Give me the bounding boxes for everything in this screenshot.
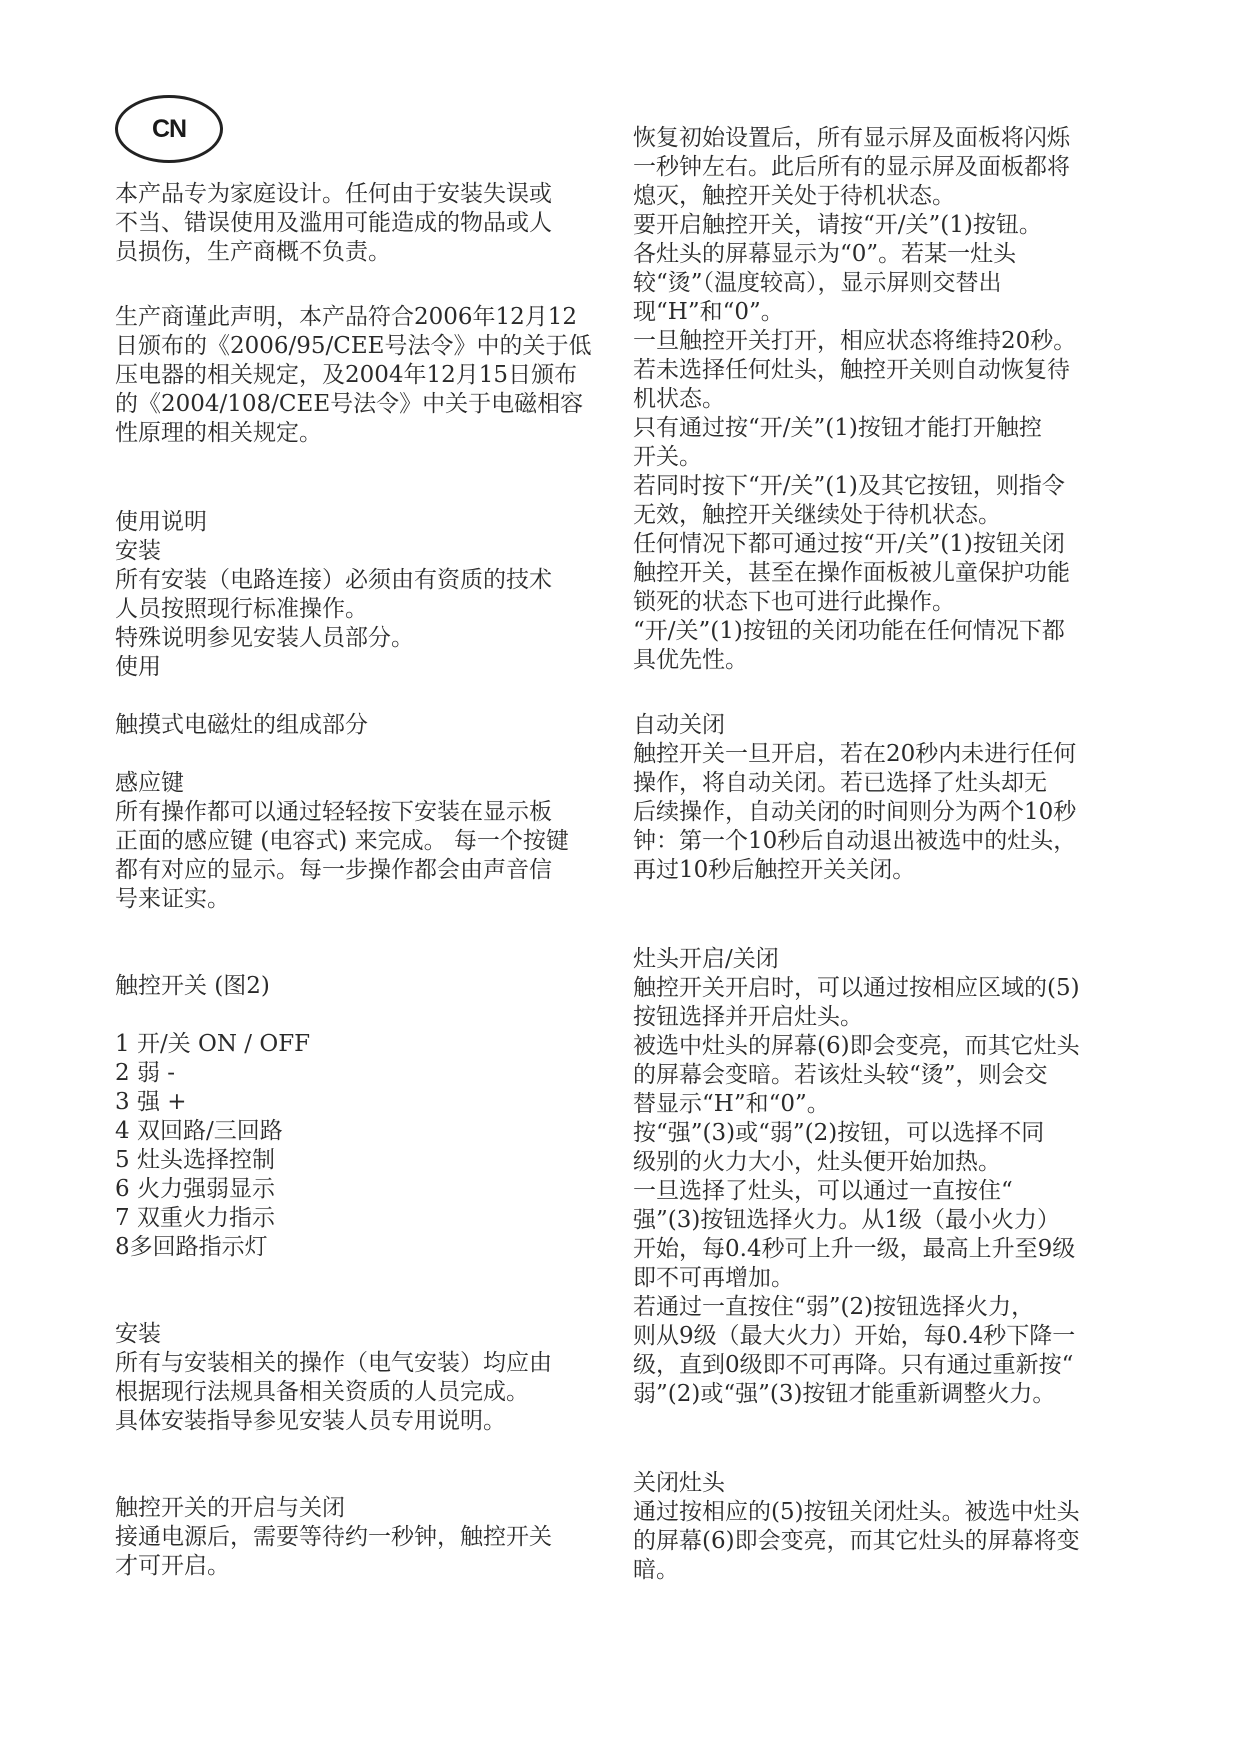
text-line: 号来证实。 bbox=[115, 885, 605, 914]
right-column: 恢复初始设置后，所有显示屏及面板将闪烁 一秒钟左右。此后所有的显示屏及面板都将 … bbox=[633, 124, 1138, 1585]
section-heading-components: 触摸式电磁灶的组成部分 bbox=[115, 711, 605, 740]
section-heading-burner-off: 关闭灶头 bbox=[633, 1469, 1138, 1498]
text-line: 的屏幕(6)即会变亮，而其它灶头的屏幕将变 bbox=[633, 1527, 1138, 1556]
list-item: 7 双重火力指示 bbox=[115, 1204, 605, 1233]
list-item: 6 火力强弱显示 bbox=[115, 1175, 605, 1204]
text-line: 的屏幕会变暗。若该灶头较“烫”，则会交 bbox=[633, 1061, 1138, 1090]
text-line: 所有与安装相关的操作（电气安装）均应由 bbox=[115, 1349, 605, 1378]
text-line: 具体安装指导参见安装人员专用说明。 bbox=[115, 1407, 605, 1436]
section-heading-usage: 使用说明 bbox=[115, 508, 605, 537]
text-line: 若同时按下“开/关”(1)及其它按钮，则指令 bbox=[633, 472, 1138, 501]
text-line: 只有通过按“开/关”(1)按钮才能打开触控 bbox=[633, 414, 1138, 443]
text-line: 若通过一直按住“弱”(2)按钮选择火力， bbox=[633, 1293, 1138, 1322]
text-line: 特殊说明参见安装人员部分。 bbox=[115, 624, 605, 653]
list-item: 8多回路指示灯 bbox=[115, 1233, 605, 1262]
burner-onoff-paragraph: 触控开关开启时，可以通过按相应区域的(5) 按钮选择并开启灶头。 被选中灶头的屏… bbox=[633, 974, 1138, 1409]
list-item: 2 弱 - bbox=[115, 1059, 605, 1088]
section-heading-touch-switch: 触控开关 (图2) bbox=[115, 972, 605, 1001]
intro-paragraph: 本产品专为家庭设计。任何由于安装失误或 不当、错误使用及滥用可能造成的物品或人 … bbox=[115, 180, 605, 267]
text-line: 员损伤，生产商概不负责。 bbox=[115, 238, 605, 267]
text-line: 根据现行法规具备相关资质的人员完成。 bbox=[115, 1378, 605, 1407]
text-line: “开/关”(1)按钮的关闭功能在任何情况下都 bbox=[633, 617, 1138, 646]
text-line: 强”(3)按钮选择火力。从1级（最小火力） bbox=[633, 1206, 1138, 1235]
text-line: 触控开关，甚至在操作面板被儿童保护功能 bbox=[633, 559, 1138, 588]
section-heading-switch-onoff: 触控开关的开启与关闭 bbox=[115, 1494, 605, 1523]
text-line: 人员按照现行标准操作。 bbox=[115, 595, 605, 624]
left-column: 本产品专为家庭设计。任何由于安装失误或 不当、错误使用及滥用可能造成的物品或人 … bbox=[115, 180, 605, 1581]
text-line: 触控开关开启时，可以通过按相应区域的(5) bbox=[633, 974, 1138, 1003]
switch-onoff-paragraph: 接通电源后，需要等待约一秒钟，触控开关 才可开启。 bbox=[115, 1523, 605, 1581]
text-line: 开始，每0.4秒可上升一级，最高上升至9级 bbox=[633, 1235, 1138, 1264]
text-line: 再过10秒后触控开关关闭。 bbox=[633, 856, 1138, 885]
list-item: 3 强 + bbox=[115, 1088, 605, 1117]
text-line: 按钮选择并开启灶头。 bbox=[633, 1003, 1138, 1032]
text-line: 所有安装（电路连接）必须由有资质的技术 bbox=[115, 566, 605, 595]
text-line: 本产品专为家庭设计。任何由于安装失误或 bbox=[115, 180, 605, 209]
install-2-paragraph: 所有与安装相关的操作（电气安装）均应由 根据现行法规具备相关资质的人员完成。 具… bbox=[115, 1349, 605, 1436]
text-line: 钟：第一个10秒后自动退出被选中的灶头， bbox=[633, 827, 1138, 856]
touch-switch-list: 1 开/关 ON / OFF 2 弱 - 3 强 + 4 双回路/三回路 5 灶… bbox=[115, 1030, 605, 1262]
badge-label: CN bbox=[152, 115, 186, 144]
text-line: 即不可再增加。 bbox=[633, 1264, 1138, 1293]
text-line: 通过按相应的(5)按钮关闭灶头。被选中灶头 bbox=[633, 1498, 1138, 1527]
text-line: 暗。 bbox=[633, 1556, 1138, 1585]
text-line: 替显示“H”和“0”。 bbox=[633, 1090, 1138, 1119]
text-line: 现“H”和“0”。 bbox=[633, 298, 1138, 327]
declaration-paragraph: 生产商谨此声明，本产品符合2006年12月12 日颁布的《2006/95/CEE… bbox=[115, 303, 605, 448]
text-line: 则从9级（最大火力）开始，每0.4秒下降一 bbox=[633, 1322, 1138, 1351]
text-line: 按“强”(3)或“弱”(2)按钮，可以选择不同 bbox=[633, 1119, 1138, 1148]
text-line: 生产商谨此声明，本产品符合2006年12月12 bbox=[115, 303, 605, 332]
text-line: 熄灭，触控开关处于待机状态。 bbox=[633, 182, 1138, 211]
section-heading-install: 安装 bbox=[115, 537, 605, 566]
section-heading-auto-off: 自动关闭 bbox=[633, 711, 1138, 740]
text-line: 恢复初始设置后，所有显示屏及面板将闪烁 bbox=[633, 124, 1138, 153]
text-line: 一旦选择了灶头，可以通过一直按住“ bbox=[633, 1177, 1138, 1206]
text-line: 的《2004/108/CEE号法令》中关于电磁相容 bbox=[115, 390, 605, 419]
text-line: 一旦触控开关打开，相应状态将维持20秒。 bbox=[633, 327, 1138, 356]
text-line: 弱”(2)或“强”(3)按钮才能重新调整火力。 bbox=[633, 1380, 1138, 1409]
section-heading-install-2: 安装 bbox=[115, 1320, 605, 1349]
text-line: 级别的火力大小，灶头便开始加热。 bbox=[633, 1148, 1138, 1177]
text-line: 级，直到0级即不可再降。只有通过重新按“ bbox=[633, 1351, 1138, 1380]
language-badge-cn: CN bbox=[115, 95, 223, 163]
text-line: 日颁布的《2006/95/CEE号法令》中的关于低 bbox=[115, 332, 605, 361]
install-paragraph: 所有安装（电路连接）必须由有资质的技术 人员按照现行标准操作。 特殊说明参见安装… bbox=[115, 566, 605, 653]
text-line: 机状态。 bbox=[633, 385, 1138, 414]
text-line: 接通电源后，需要等待约一秒钟，触控开关 bbox=[115, 1523, 605, 1552]
section-heading-burner-onoff: 灶头开启/关闭 bbox=[633, 945, 1138, 974]
text-line: 较“烫”（温度较高），显示屏则交替出 bbox=[633, 269, 1138, 298]
text-line: 任何情况下都可通过按“开/关”(1)按钮关闭 bbox=[633, 530, 1138, 559]
section-heading-sensor-keys: 感应键 bbox=[115, 769, 605, 798]
auto-off-paragraph: 触控开关一旦开启，若在20秒内未进行任何 操作，将自动关闭。若已选择了灶头却无 … bbox=[633, 740, 1138, 885]
text-line: 才可开启。 bbox=[115, 1552, 605, 1581]
sensor-paragraph: 所有操作都可以通过轻轻按下安装在显示板 正面的感应键 (电容式) 来完成。 每一… bbox=[115, 798, 605, 914]
text-line: 开关。 bbox=[633, 443, 1138, 472]
text-line: 无效，触控开关继续处于待机状态。 bbox=[633, 501, 1138, 530]
text-line: 所有操作都可以通过轻轻按下安装在显示板 bbox=[115, 798, 605, 827]
text-line: 不当、错误使用及滥用可能造成的物品或人 bbox=[115, 209, 605, 238]
section-heading-use: 使用 bbox=[115, 653, 605, 682]
text-line: 后续操作，自动关闭的时间则分为两个10秒 bbox=[633, 798, 1138, 827]
text-line: 要开启触控开关，请按“开/关”(1)按钮。 bbox=[633, 211, 1138, 240]
text-line: 压电器的相关规定，及2004年12月15日颁布 bbox=[115, 361, 605, 390]
list-item: 5 灶头选择控制 bbox=[115, 1146, 605, 1175]
text-line: 被选中灶头的屏幕(6)即会变亮，而其它灶头 bbox=[633, 1032, 1138, 1061]
text-line: 正面的感应键 (电容式) 来完成。 每一个按键 bbox=[115, 827, 605, 856]
text-line: 一秒钟左右。此后所有的显示屏及面板都将 bbox=[633, 153, 1138, 182]
text-line: 若未选择任何灶头，触控开关则自动恢复待 bbox=[633, 356, 1138, 385]
reset-paragraph: 恢复初始设置后，所有显示屏及面板将闪烁 一秒钟左右。此后所有的显示屏及面板都将 … bbox=[633, 124, 1138, 675]
text-line: 操作，将自动关闭。若已选择了灶头却无 bbox=[633, 769, 1138, 798]
burner-off-paragraph: 通过按相应的(5)按钮关闭灶头。被选中灶头 的屏幕(6)即会变亮，而其它灶头的屏… bbox=[633, 1498, 1138, 1585]
list-item: 4 双回路/三回路 bbox=[115, 1117, 605, 1146]
text-line: 各灶头的屏幕显示为“0”。若某一灶头 bbox=[633, 240, 1138, 269]
text-line: 锁死的状态下也可进行此操作。 bbox=[633, 588, 1138, 617]
text-line: 性原理的相关规定。 bbox=[115, 419, 605, 448]
text-line: 都有对应的显示。每一步操作都会由声音信 bbox=[115, 856, 605, 885]
text-line: 触控开关一旦开启，若在20秒内未进行任何 bbox=[633, 740, 1138, 769]
list-item: 1 开/关 ON / OFF bbox=[115, 1030, 605, 1059]
text-line: 具优先性。 bbox=[633, 646, 1138, 675]
